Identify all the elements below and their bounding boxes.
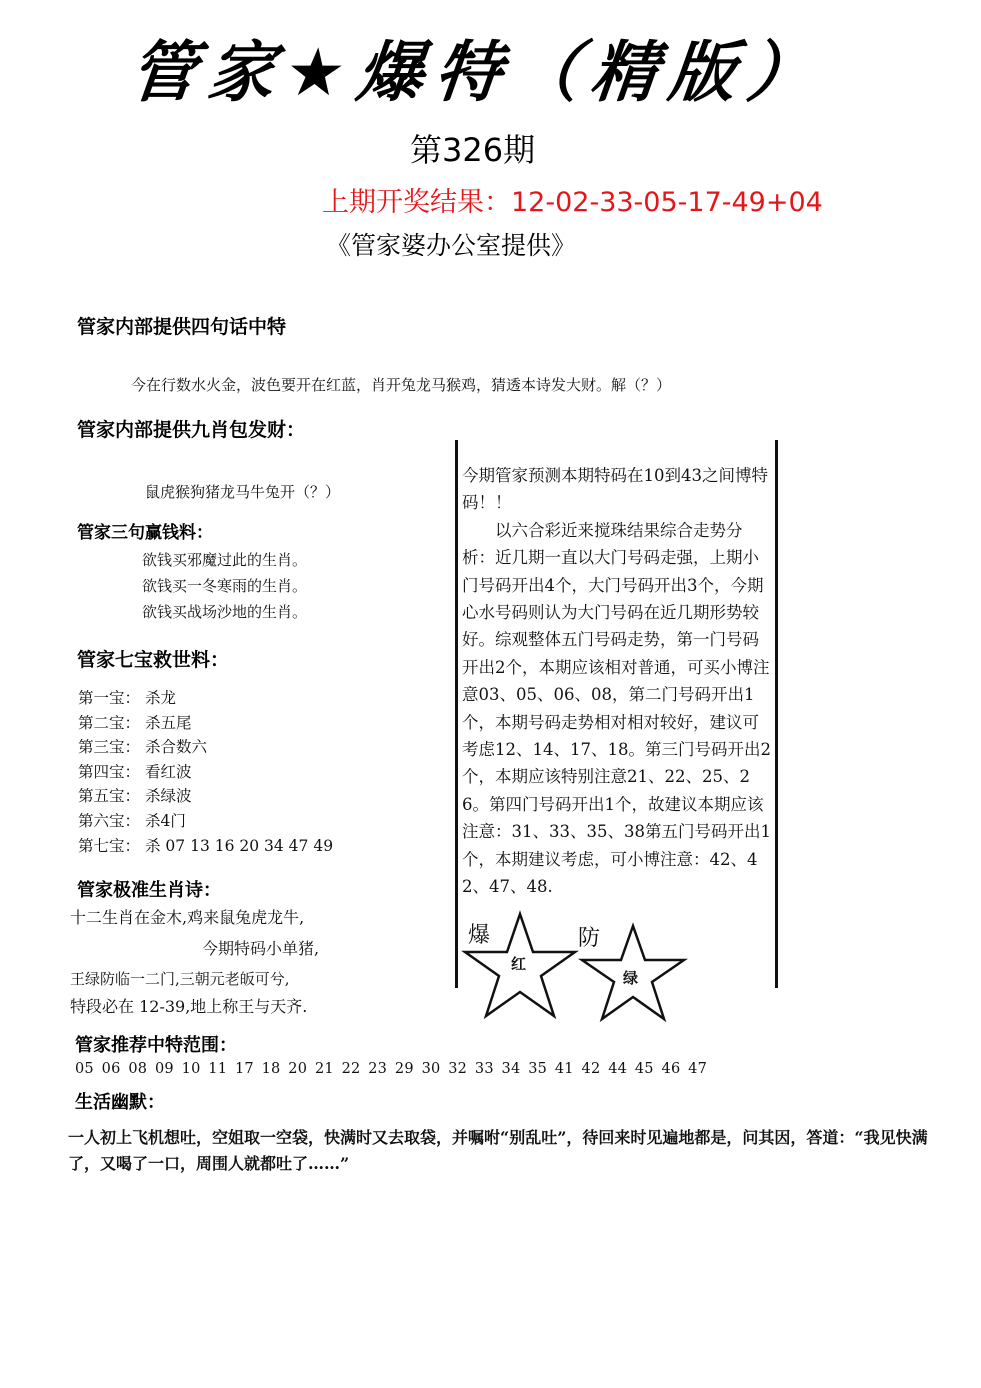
analysis-text: 今期管家预测本期特码在10到43之间博特码！！ 以六合彩近来搅珠结果综合走势分析… — [462, 462, 774, 901]
treasure-label: 第七宝： — [78, 834, 145, 859]
analysis-paragraph-2: 以六合彩近来搅珠结果综合走势分析：近几期一直以大门号码走强，上期小门号码开出4个… — [462, 517, 774, 901]
analysis-paragraph-1: 今期管家预测本期特码在10到43之间博特码！！ — [462, 462, 774, 517]
box-left-border — [455, 440, 458, 988]
box-right-border — [775, 440, 778, 988]
treasure-label: 第三宝： — [78, 735, 145, 760]
treasure-value: 杀 07 13 16 20 34 47 49 — [145, 837, 333, 855]
guard-star-text: 绿 — [623, 967, 638, 988]
zodiac-poem-line-2: 今期特码小单猪, — [202, 936, 319, 959]
treasure-label: 第四宝： — [78, 760, 145, 785]
treasure-item: 第二宝：杀五尾 — [78, 711, 333, 736]
treasure-label: 第二宝： — [78, 711, 145, 736]
treasure-label: 第六宝： — [78, 809, 145, 834]
provider-credit: 《管家婆办公室提供》 — [326, 228, 576, 264]
zodiac-poem-line-3: 王绿防临一二门,三朝元老皈可兮, — [70, 968, 290, 989]
issue-number: 第326期 — [410, 130, 535, 170]
four-lines-text: 今在行数水火金，波色要开在红蓝，肖开兔龙马猴鸡，猜透本诗发大财。解（？） — [131, 374, 671, 395]
treasure-value: 杀绿波 — [145, 787, 192, 805]
zodiac-poem-heading: 管家极准生肖诗： — [77, 876, 221, 902]
last-result-label: 上期开奖结果： — [322, 187, 511, 218]
recommend-range-numbers: 05 06 08 09 10 11 17 18 20 21 22 23 29 3… — [75, 1061, 707, 1077]
seven-treasures-list: 第一宝：杀龙 第二宝：杀五尾 第三宝：杀合数六 第四宝：看红波 第五宝：杀绿波 … — [78, 686, 333, 858]
burst-star-text: 红 — [511, 953, 526, 974]
treasure-value: 看红波 — [145, 763, 192, 781]
three-lines-line-1: 欲钱买邪魔过此的生肖。 — [142, 549, 307, 570]
last-result-numbers: 12-02-33-05-17-49+04 — [511, 187, 823, 218]
treasure-label: 第一宝： — [78, 686, 145, 711]
zodiac-poem-line-4: 特段必在 12-39,地上称王与天齐. — [70, 994, 307, 1017]
seven-treasures-heading: 管家七宝救世料： — [77, 645, 229, 672]
humor-heading: 生活幽默： — [75, 1088, 165, 1114]
treasure-item: 第六宝：杀4门 — [78, 809, 333, 834]
treasure-item: 第七宝：杀 07 13 16 20 34 47 49 — [78, 834, 333, 859]
treasure-item: 第一宝：杀龙 — [78, 686, 333, 711]
treasure-item: 第四宝：看红波 — [78, 760, 333, 785]
treasure-label: 第五宝： — [78, 784, 145, 809]
three-lines-line-2: 欲钱买一冬寒雨的生肖。 — [142, 575, 307, 596]
treasure-item: 第五宝：杀绿波 — [78, 784, 333, 809]
recommend-range-heading: 管家推荐中特范围： — [75, 1031, 237, 1057]
treasure-value: 杀合数六 — [145, 738, 207, 756]
three-lines-heading: 管家三句赢钱料： — [77, 518, 213, 543]
last-draw-result: 上期开奖结果：12-02-33-05-17-49+04 — [322, 185, 823, 221]
nine-zodiac-heading: 管家内部提供九肖包发财： — [77, 415, 305, 442]
treasure-value: 杀龙 — [145, 689, 176, 707]
nine-zodiac-text: 鼠虎猴狗猪龙马牛兔开（？） — [145, 481, 340, 502]
treasure-item: 第三宝：杀合数六 — [78, 735, 333, 760]
three-lines-line-3: 欲钱买战场沙地的生肖。 — [142, 601, 307, 622]
masthead-title: 管家★爆特（精版） — [125, 28, 834, 118]
humor-text: 一人初上飞机想吐，空姐取一空袋，快满时又去取袋，并嘱咐“别乱吐”，待回来时见遍地… — [68, 1125, 948, 1177]
treasure-value: 杀五尾 — [145, 714, 192, 732]
zodiac-poem-line-1: 十二生肖在金木,鸡来鼠兔虎龙牛, — [70, 905, 304, 928]
four-lines-heading: 管家内部提供四句话中特 — [77, 312, 286, 339]
treasure-value: 杀4门 — [145, 812, 186, 830]
